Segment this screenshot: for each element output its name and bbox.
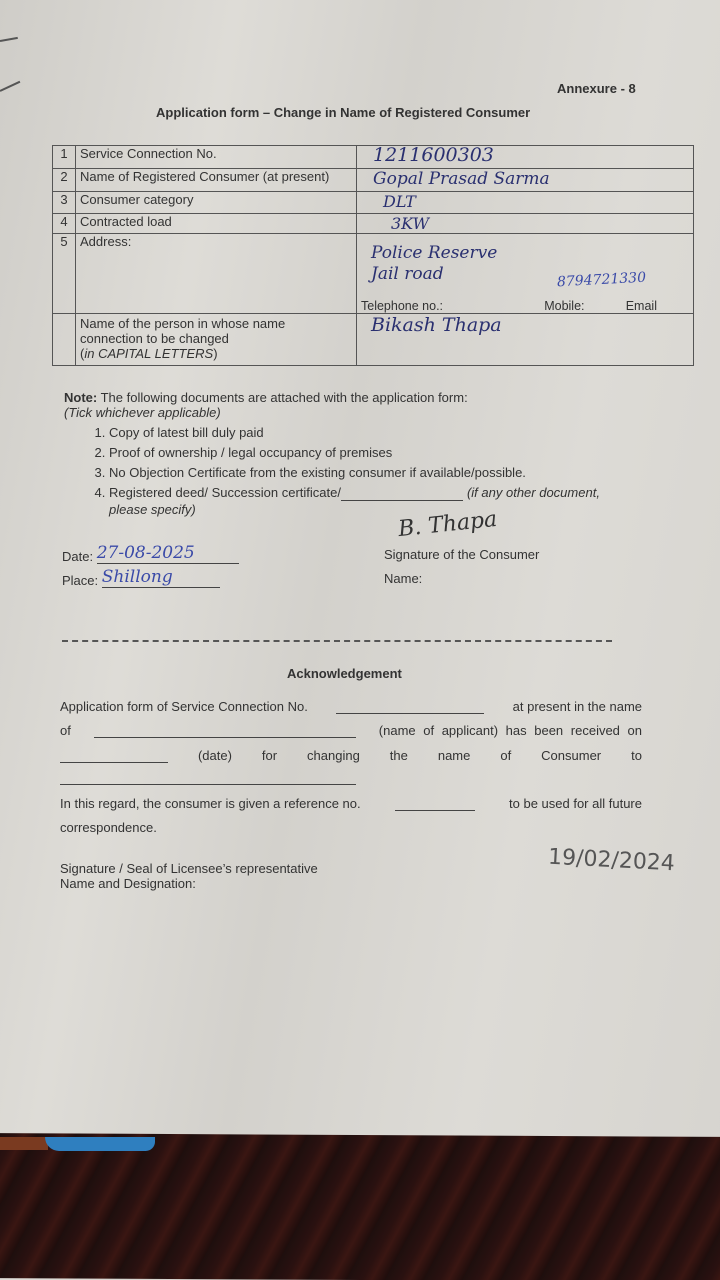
other-document-blank[interactable] bbox=[341, 500, 463, 501]
row-number: 3 bbox=[53, 192, 76, 214]
table-row: 3 Consumer category DLT bbox=[53, 192, 694, 214]
acknowledgement-title: Acknowledgement bbox=[287, 666, 402, 681]
row-label: Consumer category bbox=[76, 192, 357, 214]
received-date-blank[interactable] bbox=[60, 748, 168, 763]
staple-mark bbox=[0, 37, 18, 42]
list-item: Copy of latest bill duly paid bbox=[109, 424, 684, 441]
mobile-label: Mobile: bbox=[544, 299, 584, 313]
service-connection-value: 1211600303 bbox=[373, 144, 494, 166]
application-form-table: 1 Service Connection No. 1211600303 2 Na… bbox=[52, 145, 694, 366]
table-row: 5 Address: Police Reserve Jail road 8794… bbox=[53, 234, 694, 314]
list-item: Proof of ownership / legal occupancy of … bbox=[109, 444, 684, 461]
list-item: Registered deed/ Succession certificate/… bbox=[109, 484, 684, 518]
signature-label: Signature of the Consumer bbox=[384, 547, 539, 562]
email-label: Email bbox=[626, 299, 657, 313]
table-row: Name of the person in whose name connect… bbox=[53, 314, 694, 366]
telephone-label: Telephone no.: bbox=[361, 299, 443, 313]
annexure-label: Annexure - 8 bbox=[557, 81, 636, 96]
table-row: 4 Contracted load 3KW bbox=[53, 214, 694, 234]
consumer-name-value: Gopal Prasad Sarma bbox=[373, 169, 550, 189]
pen-cap bbox=[45, 1137, 155, 1151]
row-number: 1 bbox=[53, 146, 76, 169]
date-value[interactable]: 27-08-2025 bbox=[97, 543, 239, 564]
ack-line-4 bbox=[60, 770, 642, 785]
new-consumer-name-blank[interactable] bbox=[60, 770, 356, 785]
wooden-table-background bbox=[0, 1133, 720, 1280]
place-row: Place: Shillong bbox=[62, 567, 220, 588]
ack-line-2: of (name of applicant) has been received… bbox=[60, 723, 642, 738]
licensee-name-label: Name and Designation: bbox=[60, 876, 642, 891]
row-label: Contracted load bbox=[76, 214, 357, 234]
table-row: 2 Name of Registered Consumer (at presen… bbox=[53, 169, 694, 192]
row-label: Name of Registered Consumer (at present) bbox=[76, 169, 357, 192]
contracted-load-field[interactable]: 3KW bbox=[357, 214, 694, 234]
new-name-field[interactable]: Bikash Thapa bbox=[357, 314, 694, 366]
name-label: Name: bbox=[384, 571, 422, 586]
row-number: 5 bbox=[53, 234, 76, 314]
applicant-name-blank[interactable] bbox=[94, 723, 356, 738]
row-number: 4 bbox=[53, 214, 76, 234]
consumer-name-field[interactable]: Gopal Prasad Sarma bbox=[357, 169, 694, 192]
list-item: No Objection Certificate from the existi… bbox=[109, 464, 684, 481]
reference-line: In this regard, the consumer is given a … bbox=[60, 796, 642, 811]
date-row: Date: 27-08-2025 bbox=[62, 543, 239, 564]
row-label: Service Connection No. bbox=[76, 146, 357, 169]
new-name-label: Name of the person in whose name connect… bbox=[76, 314, 357, 366]
consumer-category-field[interactable]: DLT bbox=[357, 192, 694, 214]
documents-list: Copy of latest bill duly paid Proof of o… bbox=[64, 424, 684, 518]
form-title: Application form – Change in Name of Reg… bbox=[156, 105, 530, 120]
cut-line-divider bbox=[62, 640, 612, 642]
consumer-category-value: DLT bbox=[383, 192, 416, 211]
row-number: 2 bbox=[53, 169, 76, 192]
reference-line-2: correspondence. bbox=[60, 820, 642, 835]
contracted-load-value: 3KW bbox=[391, 214, 429, 233]
address-field[interactable]: Police Reserve Jail road 8794721330 Tele… bbox=[357, 234, 694, 314]
ack-line-3: (date) for changing the name of Consumer… bbox=[60, 748, 642, 763]
row-label: Address: bbox=[76, 234, 357, 314]
documents-note: Note: The following documents are attach… bbox=[64, 390, 684, 521]
new-name-value: Bikash Thapa bbox=[371, 314, 502, 336]
document-page: Annexure - 8 Application form – Change i… bbox=[0, 0, 720, 1140]
table-row: 1 Service Connection No. 1211600303 bbox=[53, 146, 694, 169]
pen-body bbox=[0, 1137, 48, 1150]
service-connection-field[interactable]: 1211600303 bbox=[357, 146, 694, 169]
place-value[interactable]: Shillong bbox=[102, 567, 220, 588]
reference-no-blank[interactable] bbox=[395, 796, 475, 811]
service-connection-blank[interactable] bbox=[336, 699, 484, 714]
ack-line-1: Application form of Service Connection N… bbox=[60, 699, 642, 714]
address-line-1: Police Reserve bbox=[371, 242, 689, 264]
mobile-value: 8794721330 bbox=[557, 270, 647, 291]
staple-mark bbox=[0, 81, 20, 92]
